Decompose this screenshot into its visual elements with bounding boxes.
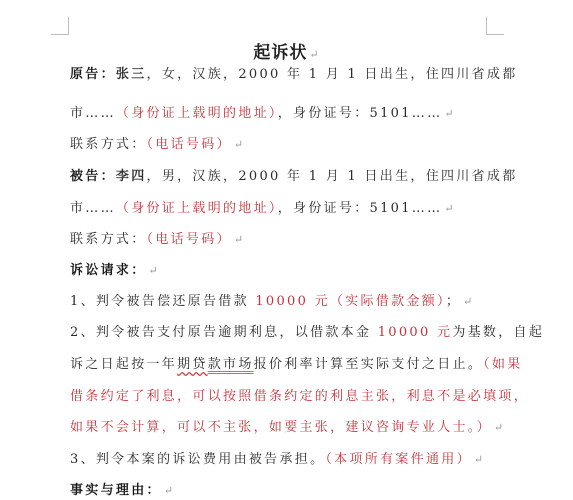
document-title[interactable]: 起诉状↵ [0, 38, 573, 63]
defendant-label: 被告： [70, 169, 116, 184]
paragraph-mark-icon: ↵ [444, 107, 456, 120]
paragraph-mark-icon: ↵ [234, 138, 246, 151]
claim-2-hint-line3: 如果不会计算，可以不主张，如要主张，建议咨询专业人士。） [70, 420, 492, 435]
plaintiff-contact-hint: （电话号码） [147, 137, 232, 152]
title-text: 起诉状 [253, 43, 307, 63]
claim-3-text: 3、判令本案的诉讼费用由被告承担。 [70, 452, 325, 467]
defendant-address-hint: （身份证上载明的地址） [116, 201, 278, 216]
spellcheck-underline-text[interactable]: 期贷 [177, 357, 208, 372]
grammar-underline-text[interactable]: 款市场 [208, 357, 254, 372]
claim-2-text2: 为基数，自起 [452, 325, 544, 340]
defendant-info: ，男，汉族，2000 年 1 月 1 日出生，住四川省成都 [147, 169, 518, 184]
claims-heading: 诉讼请求： [70, 263, 147, 278]
plaintiff-address-prefix: 市…… [70, 106, 116, 121]
defendant-contact-line[interactable]: 联系方式：（电话号码）↵ [70, 230, 490, 250]
paragraph-mark-icon: ↵ [234, 233, 246, 246]
claim-2-hint-start: （如果 [483, 357, 522, 372]
plaintiff-info: ，女，汉族，2000 年 1 月 1 日出生，住四川省成都 [147, 67, 518, 82]
claim-2-hint-line2: 借条约定了利息，可以按照借条约定的利息主张，利息不是必填项， [70, 389, 529, 404]
plaintiff-address-line[interactable]: 市……（身份证上载明的地址），身份证号：5101……↵ [70, 104, 490, 124]
defendant-name: 李四 [116, 169, 147, 184]
claims-heading-line[interactable]: 诉讼请求：↵ [70, 261, 490, 281]
page-corner-mark-right [486, 17, 504, 35]
claim-1-end: ； [446, 294, 461, 309]
paragraph-mark-icon: ↵ [309, 48, 319, 61]
paragraph-mark-icon: ↵ [474, 453, 486, 466]
claim-3-hint: （本项所有案件通用） [325, 452, 472, 467]
claim-2-line2-b: 报价利率计算至实际支付之日止。 [254, 357, 484, 372]
plaintiff-contact-label: 联系方式： [70, 137, 147, 152]
claim-3-line[interactable]: 3、判令本案的诉讼费用由被告承担。（本项所有案件通用）↵ [70, 450, 490, 470]
claim-2-amount: 10000 元 [378, 325, 453, 340]
plaintiff-contact-line[interactable]: 联系方式：（电话号码）↵ [70, 135, 490, 155]
plaintiff-address-hint: （身份证上载明的地址） [116, 106, 278, 121]
plaintiff-line[interactable]: 原告：张三，女，汉族，2000 年 1 月 1 日出生，住四川省成都 [70, 65, 490, 85]
claim-1-line[interactable]: 1、判令被告偿还原告借款 10000 元（实际借款金额）；↵ [70, 292, 490, 312]
defendant-id: ，身份证号：5101…… [278, 201, 443, 216]
page-corner-mark-left [51, 17, 69, 35]
claim-2-line-2[interactable]: 诉之日起按一年期贷款市场报价利率计算至实际支付之日止。（如果 [70, 355, 490, 375]
plaintiff-label: 原告： [70, 67, 116, 82]
paragraph-mark-icon: ↵ [463, 295, 475, 308]
defendant-contact-hint: （电话号码） [147, 232, 232, 247]
paragraph-mark-icon: ↵ [494, 421, 506, 434]
facts-heading: 事实与理由： [70, 483, 162, 498]
paragraph-mark-icon: ↵ [149, 264, 161, 277]
claim-1-text: 1、判令被告偿还原告借款 [70, 294, 255, 309]
claim-2-line-3[interactable]: 借条约定了利息，可以按照借条约定的利息主张，利息不是必填项， [70, 387, 490, 407]
claim-2-line-4[interactable]: 如果不会计算，可以不主张，如要主张，建议咨询专业人士。）↵ [70, 418, 490, 438]
defendant-line[interactable]: 被告：李四，男，汉族，2000 年 1 月 1 日出生，住四川省成都 [70, 167, 490, 187]
plaintiff-id: ，身份证号：5101…… [278, 106, 443, 121]
defendant-address-line[interactable]: 市……（身份证上载明的地址），身份证号：5101……↵ [70, 199, 490, 219]
claim-1-hint: （实际借款金额） [330, 294, 446, 309]
defendant-address-prefix: 市…… [70, 201, 116, 216]
claim-2-line[interactable]: 2、判令被告支付原告逾期利息，以借款本金 10000 元为基数，自起 [70, 323, 490, 343]
claim-2-line2-a: 诉之日起按一年 [70, 357, 177, 372]
facts-heading-line[interactable]: 事实与理由：↵ [70, 481, 490, 500]
plaintiff-name: 张三 [116, 67, 147, 82]
defendant-contact-label: 联系方式： [70, 232, 147, 247]
claim-1-amount: 10000 元 [255, 294, 330, 309]
claim-2-text: 2、判令被告支付原告逾期利息，以借款本金 [70, 325, 378, 340]
paragraph-mark-icon: ↵ [164, 484, 176, 497]
paragraph-mark-icon: ↵ [444, 202, 456, 215]
